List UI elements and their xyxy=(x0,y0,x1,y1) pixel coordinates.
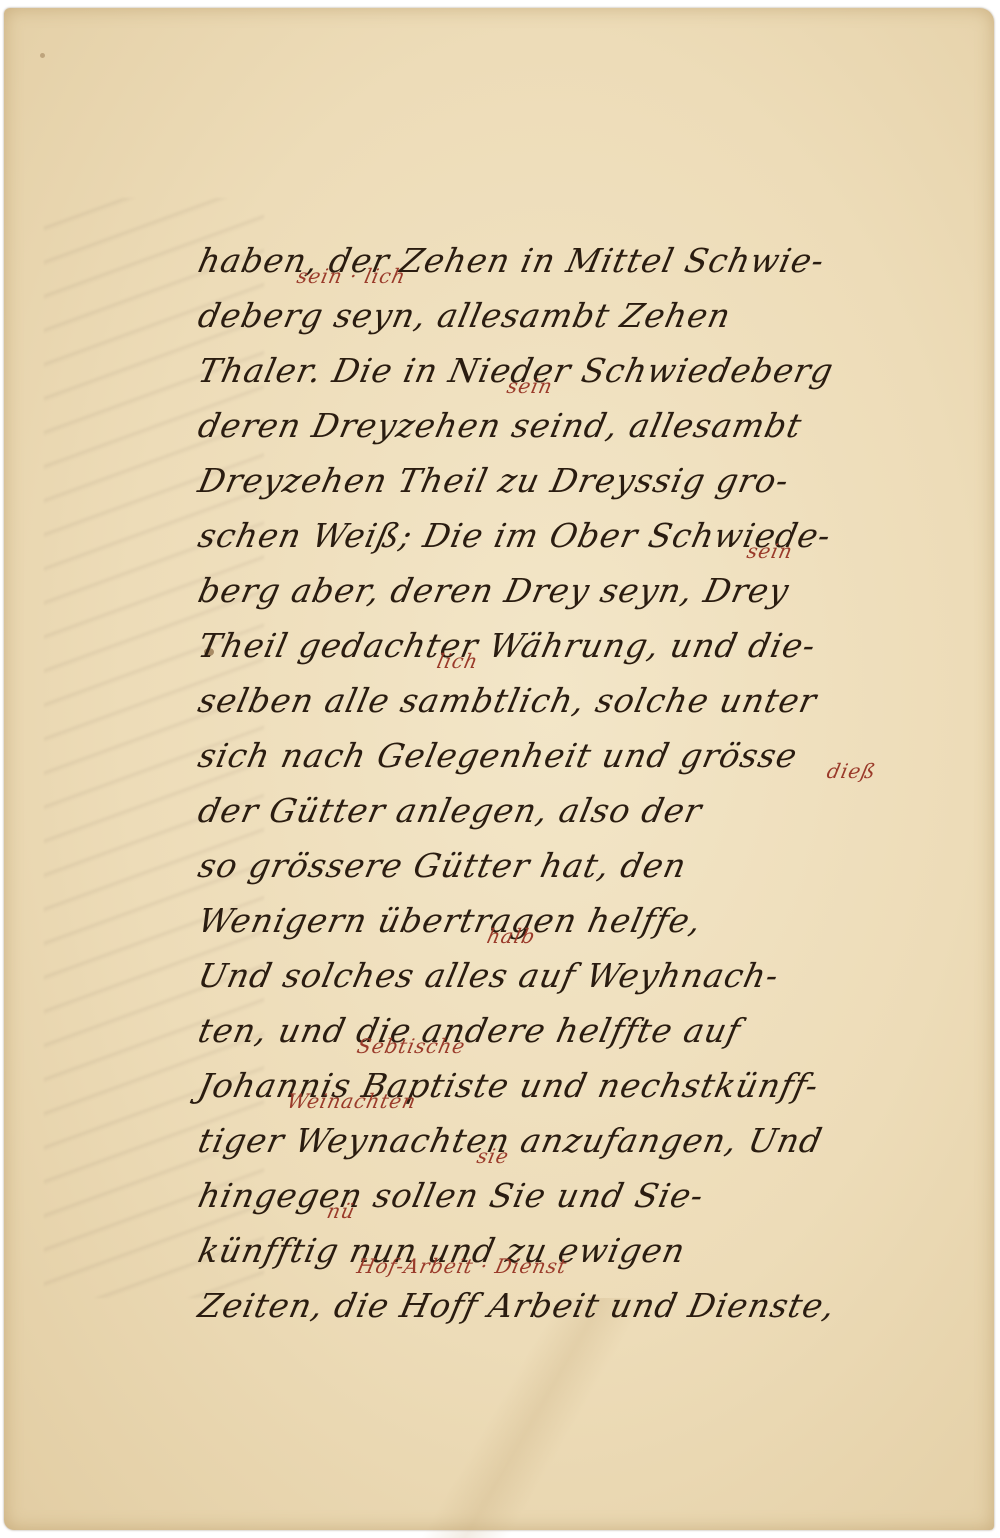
red-correction: sein · lich xyxy=(295,266,408,286)
manuscript-line: so grössere Gütter hat, den xyxy=(193,838,985,893)
manuscript-line: dießder Gütter anlegen, also der xyxy=(193,783,985,838)
manuscript-line: Dreyzehen Theil zu Dreyssig gro- xyxy=(193,453,985,508)
manuscript-line: sein · lichdeberg seyn, allesambt Zehen xyxy=(193,288,985,343)
red-correction: dieß xyxy=(825,761,878,781)
red-correction: nü xyxy=(325,1201,357,1221)
manuscript-line: Theil gedachter Währung, und die- xyxy=(193,618,985,673)
manuscript-line: siehingegen sollen Sie und Sie- xyxy=(193,1168,985,1223)
manuscript-line: Thaler. Die in Nieder Schwiedeberg xyxy=(193,343,985,398)
red-correction: Hof-Arbeit · Dienst xyxy=(355,1256,569,1276)
manuscript-line: Hof-Arbeit · DienstZeiten, die Hoff Arbe… xyxy=(193,1278,985,1333)
manuscript-line: halbUnd solches alles auf Weyhnach- xyxy=(193,948,985,1003)
manuscript-line: Weinachtentiger Weynachten anzufangen, U… xyxy=(193,1113,985,1168)
red-correction: sie xyxy=(475,1146,511,1166)
manuscript-line: lichselben alle sambtlich, solche unter xyxy=(193,673,985,728)
manuscript-line: seinderen Dreyzehen seind, allesambt xyxy=(193,398,985,453)
handwritten-text: haben, der Zehen in Mittel Schwie- sein … xyxy=(199,233,979,1333)
red-correction: sein xyxy=(505,376,555,396)
red-correction: Weinachten xyxy=(285,1091,418,1111)
red-correction: Sebtische xyxy=(355,1036,467,1056)
red-correction: lich xyxy=(435,651,480,671)
ink-stain xyxy=(40,53,45,58)
manuscript-page: haben, der Zehen in Mittel Schwie- sein … xyxy=(4,8,994,1530)
paper-crease xyxy=(384,1298,684,1538)
manuscript-line: nükünfftig nun und zu ewigen xyxy=(193,1223,985,1278)
manuscript-line: Wenigern übertragen helffe, xyxy=(193,893,985,948)
manuscript-line: ten, und die andere helffte auf xyxy=(193,1003,985,1058)
manuscript-line: schen Weiß; Die im Ober Schwiede- xyxy=(193,508,985,563)
red-correction: sein xyxy=(745,541,795,561)
red-correction: halb xyxy=(485,926,537,946)
manuscript-line: seinberg aber, deren Drey seyn, Drey xyxy=(193,563,985,618)
